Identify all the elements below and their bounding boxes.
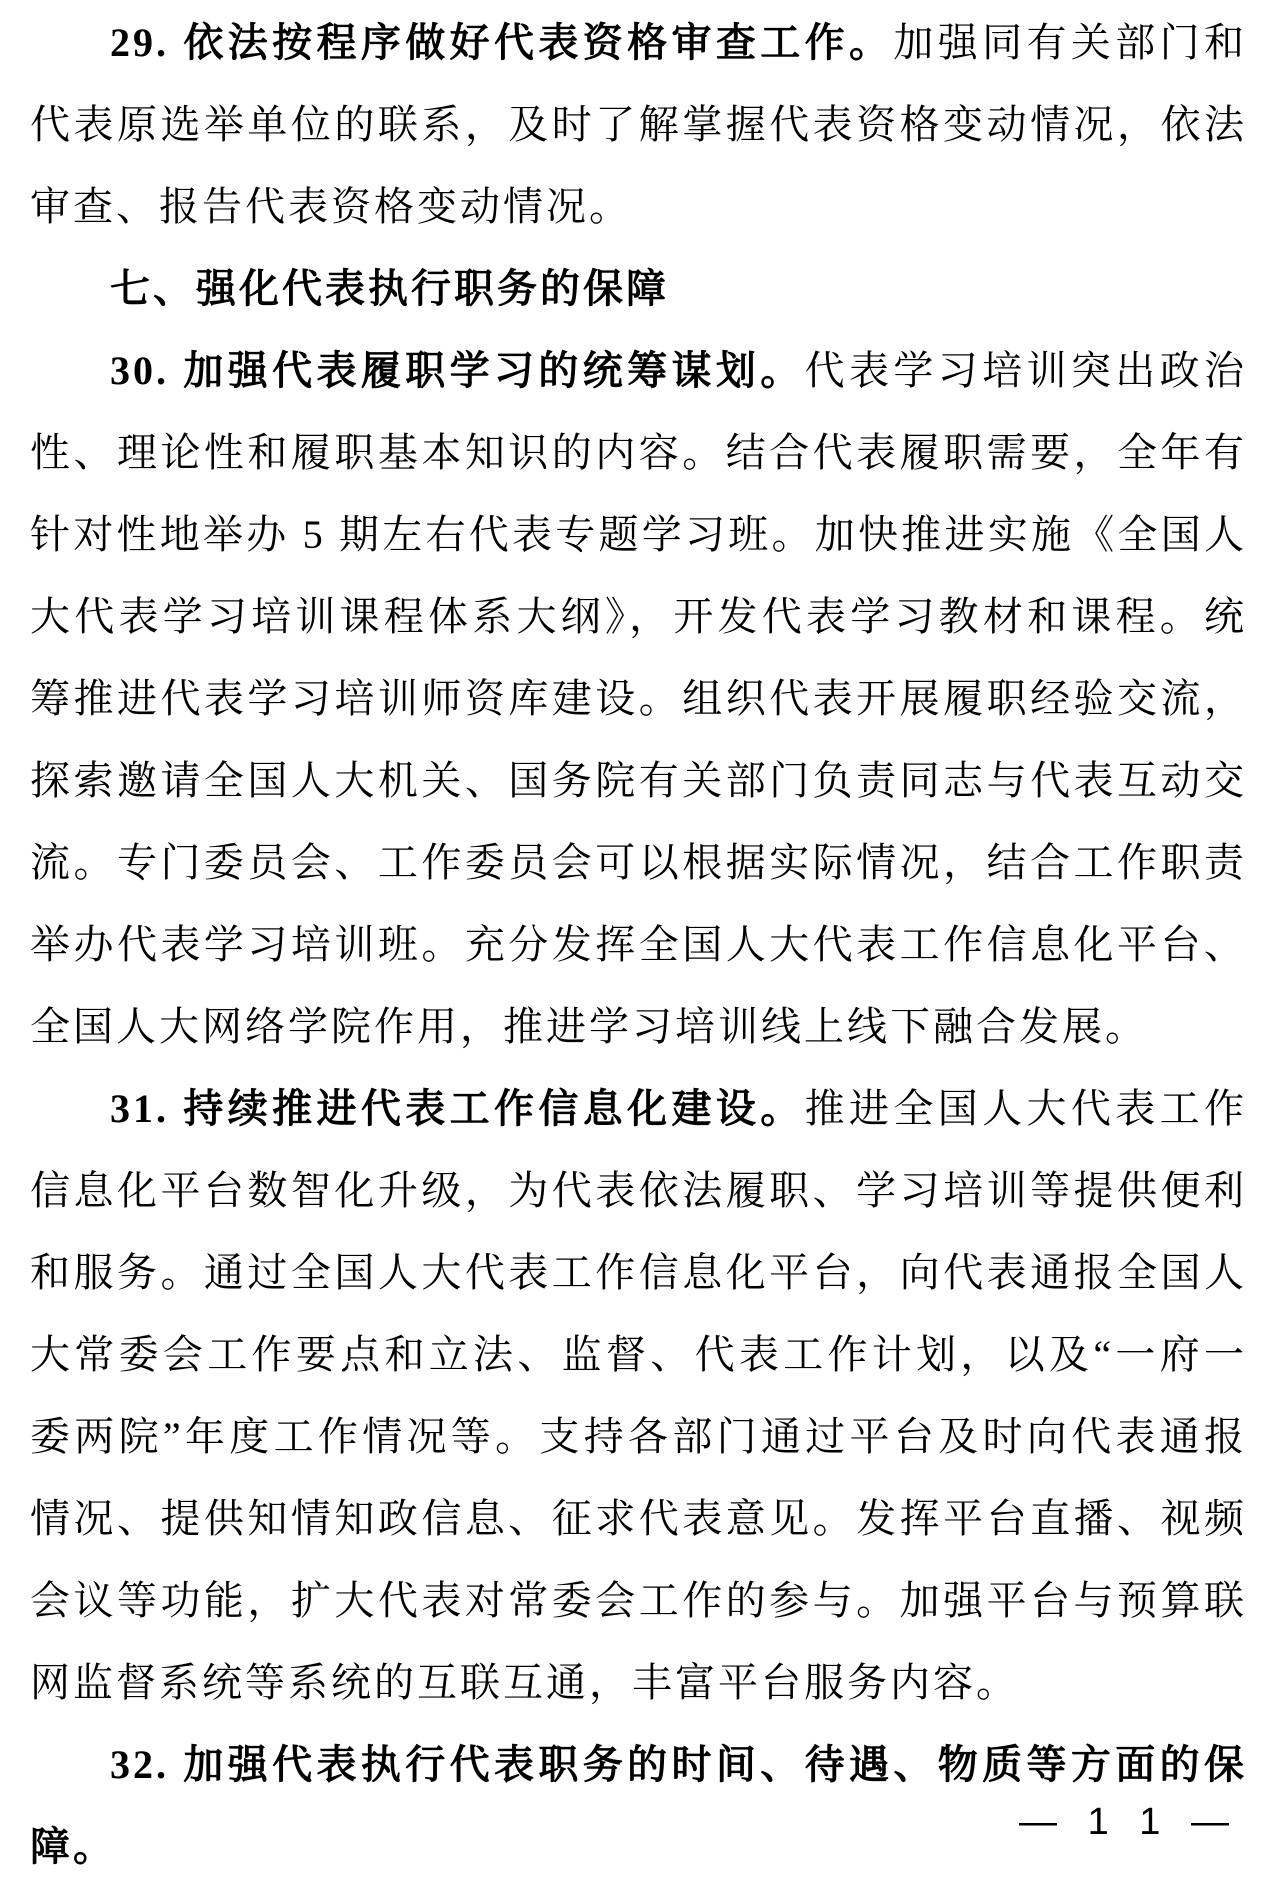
paragraph-lead: 29. 依法按程序做好代表资格审查工作。 [110, 20, 893, 65]
page-number: — 1 1 — [1019, 1800, 1239, 1844]
paragraph-lead: 31. 持续推进代表工作信息化建设。 [110, 1086, 805, 1131]
paragraph: 30. 加强代表履职学习的统筹谋划。代表学习培训突出政治性、理论性和履职基本知识… [30, 330, 1247, 1068]
paragraph: 31. 持续推进代表工作信息化建设。推进全国人大代表工作信息化平台数智化升级，为… [30, 1068, 1247, 1724]
paragraph-body: 推进全国人大代表工作信息化平台数智化升级，为代表依法履职、学习培训等提供便利和服… [30, 1086, 1247, 1705]
section-heading: 七、强化代表执行职务的保障 [30, 248, 1247, 330]
document-body: 29. 依法按程序做好代表资格审查工作。加强同有关部门和代表原选举单位的联系，及… [30, 2, 1247, 1888]
paragraph-body: 代表学习培训突出政治性、理论性和履职基本知识的内容。结合代表履职需要，全年有针对… [30, 348, 1247, 1049]
paragraph-lead: 30. 加强代表履职学习的统筹谋划。 [110, 348, 805, 393]
paragraph: 29. 依法按程序做好代表资格审查工作。加强同有关部门和代表原选举单位的联系，及… [30, 2, 1247, 248]
